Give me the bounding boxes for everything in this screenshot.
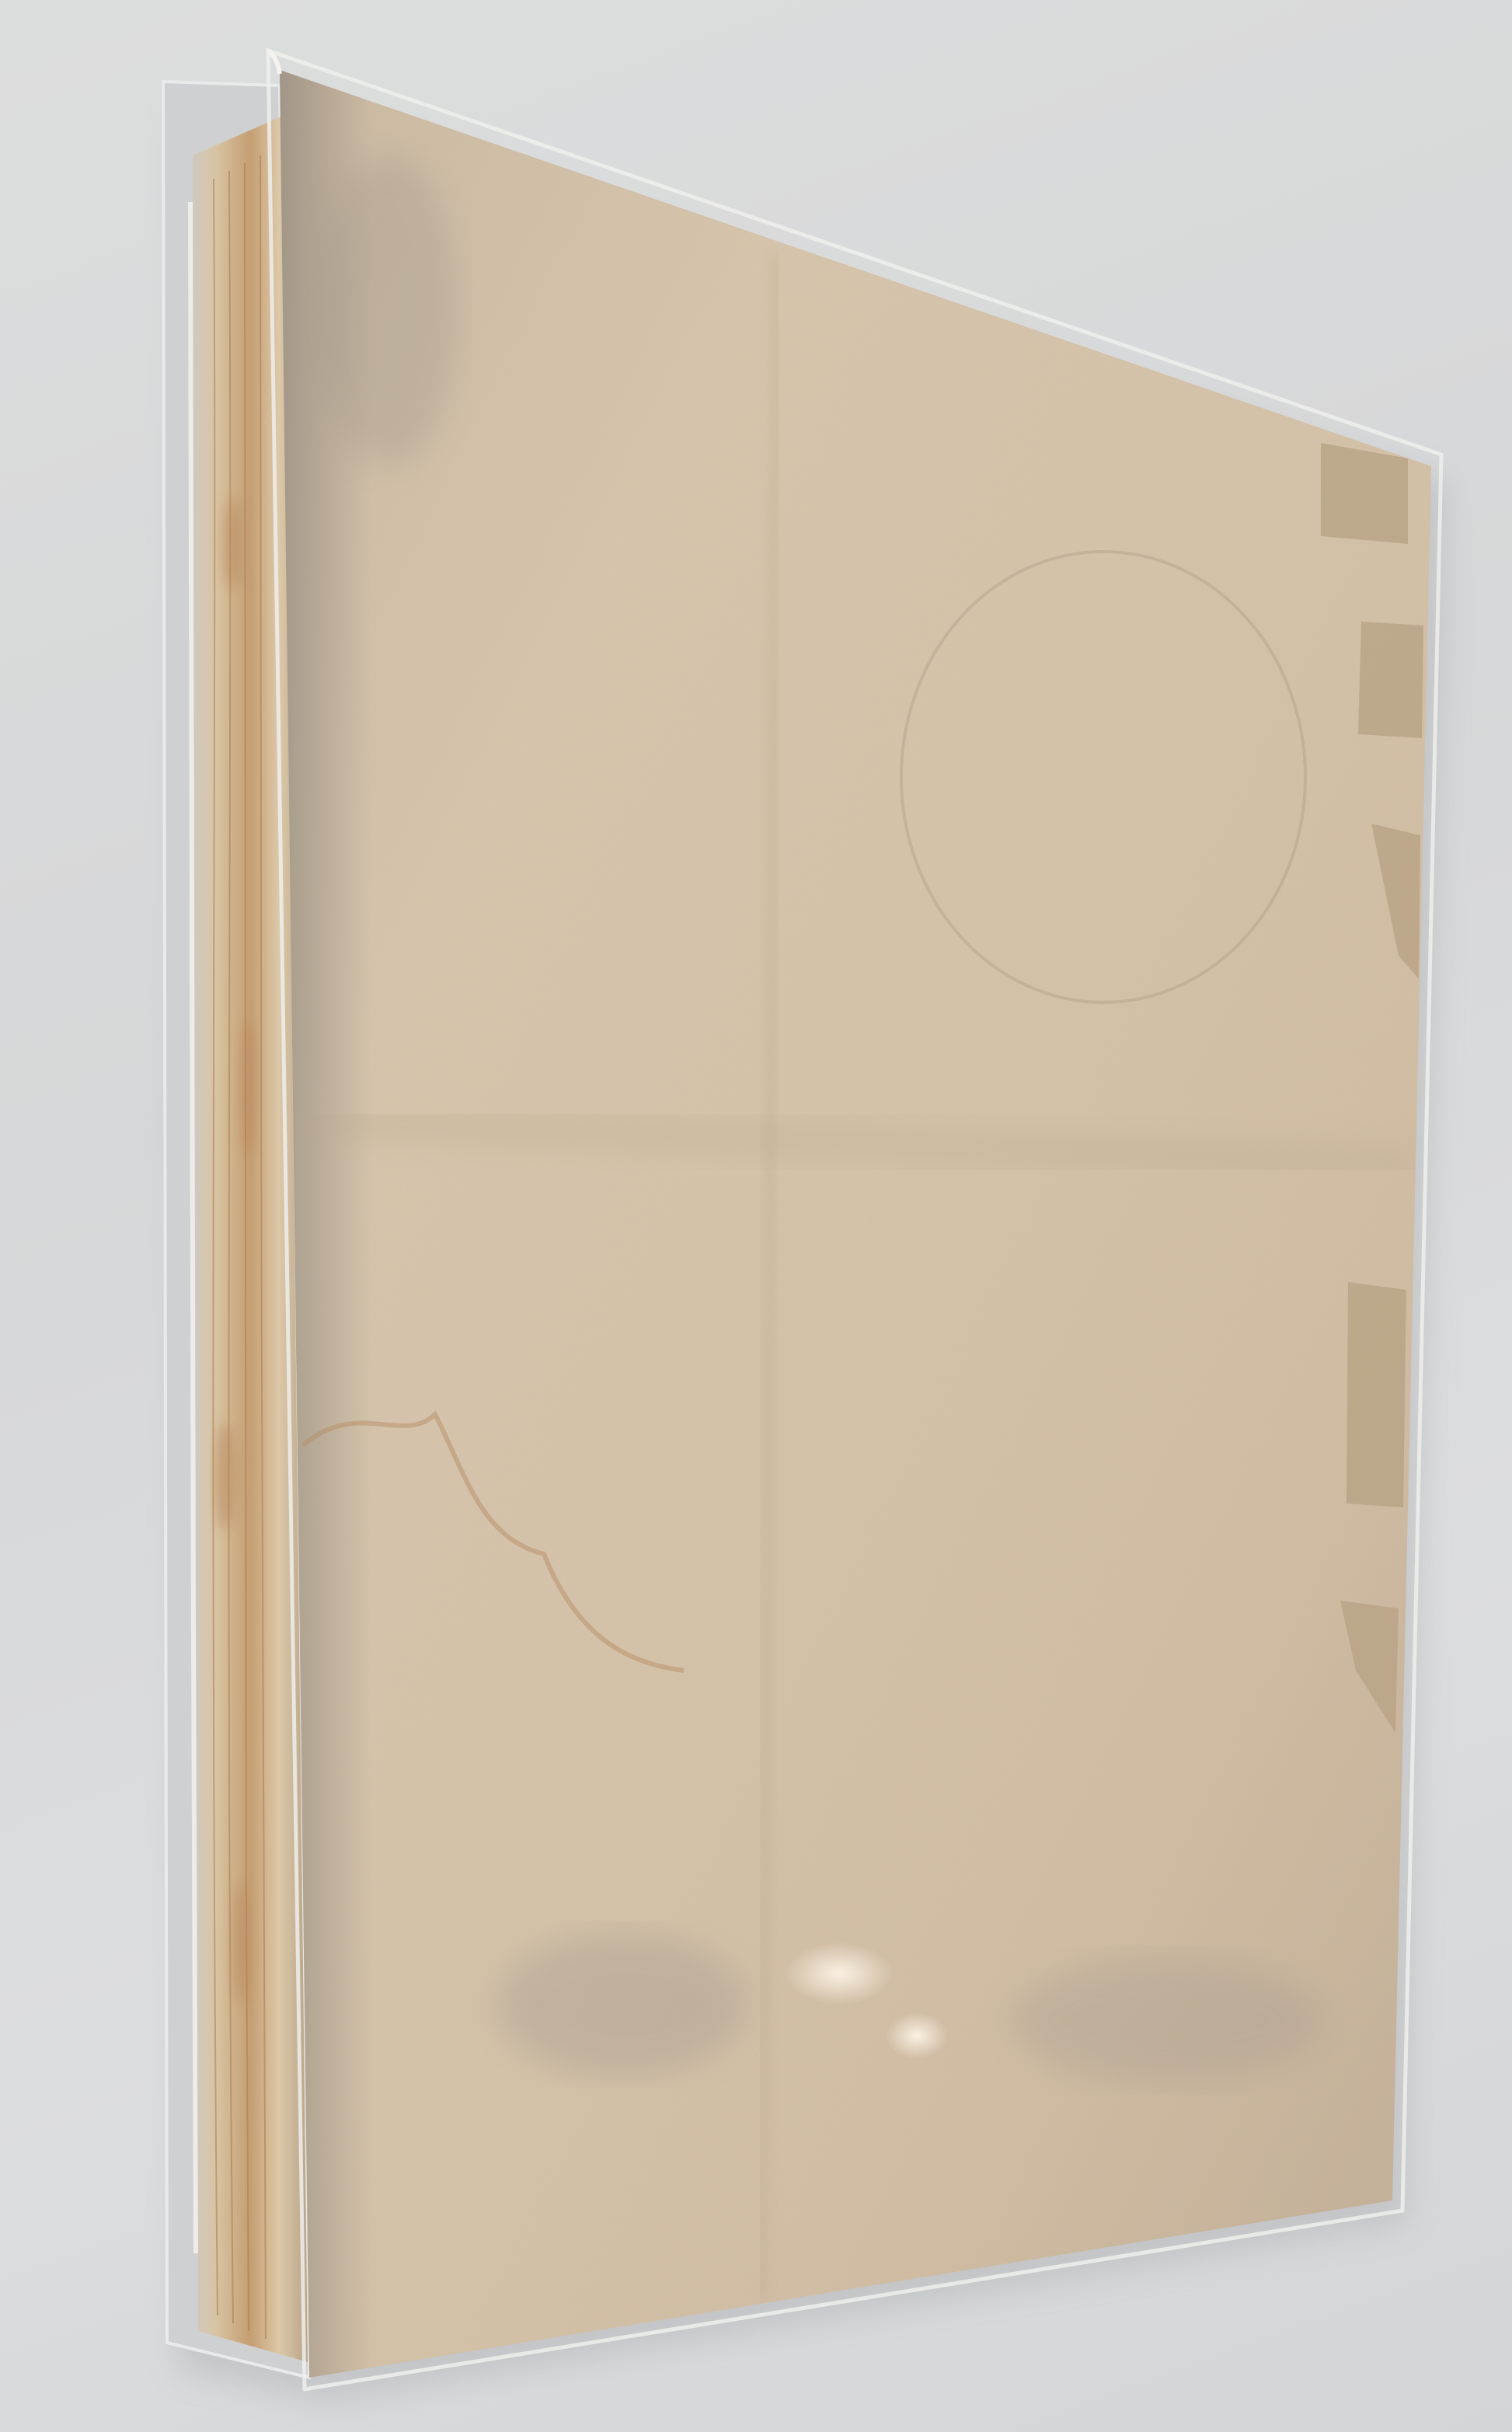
book-photo xyxy=(0,0,1512,2432)
photo-scene xyxy=(0,0,1512,2432)
cover-texture xyxy=(233,62,1476,2393)
